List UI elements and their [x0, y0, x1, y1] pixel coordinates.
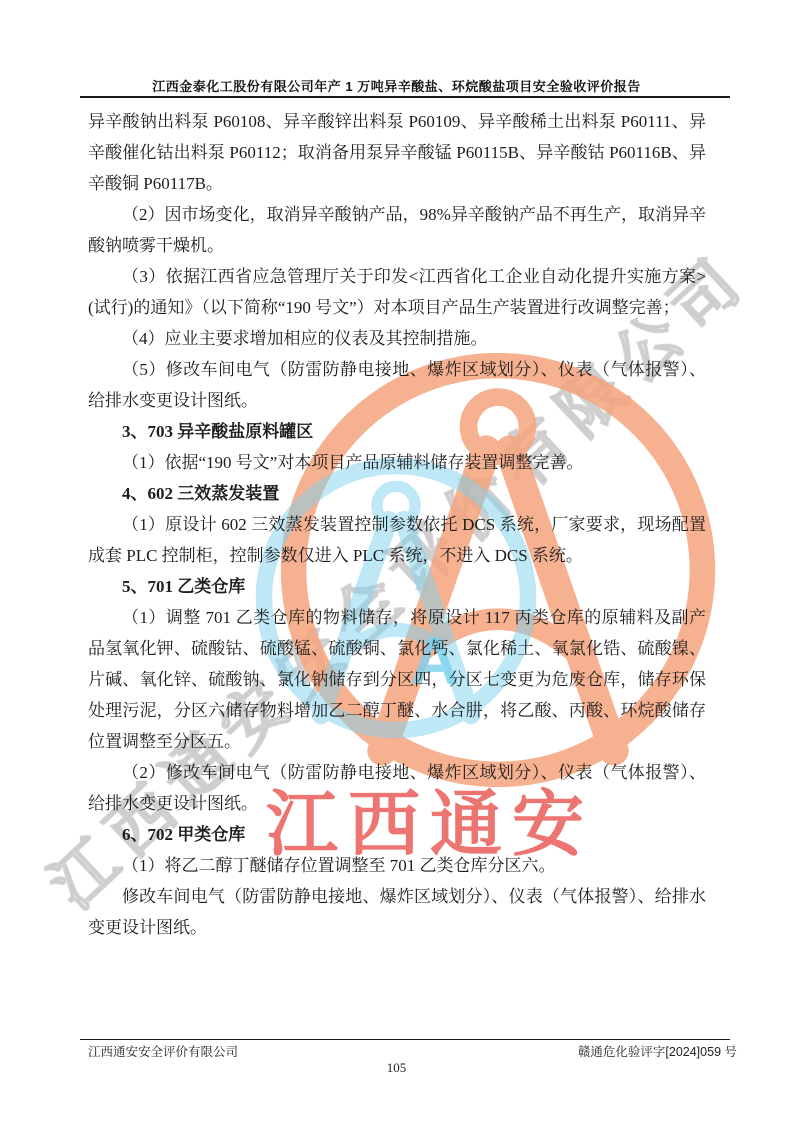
footer-rule — [80, 1039, 730, 1040]
footer-doc-number: 赣通危化验评字[2024]059 号 — [578, 1042, 737, 1060]
paragraph: （1）调整 701 乙类仓库的物料储存，将原设计 117 丙类仓库的原辅料及副产… — [88, 602, 706, 757]
footer-company: 江西通安安全评价有限公司 — [88, 1042, 238, 1060]
header-rule — [80, 96, 730, 98]
paragraph: （1）依据“190 号文”对本项目产品原辅料储存装置调整完善。 — [88, 447, 706, 478]
report-page: 江西通安安全评价有限公司 A 江西通安 江西金泰化工股份有限公司年产 1 万吨异… — [0, 0, 793, 1122]
section-heading: 5、701 乙类仓库 — [88, 571, 706, 602]
paragraph: （4）应业主要求增加相应的仪表及其控制措施。 — [88, 323, 706, 354]
page-header-title: 江西金泰化工股份有限公司年产 1 万吨异辛酸盐、环烷酸盐项目安全验收评价报告 — [0, 76, 793, 95]
paragraph: （3）依据江西省应急管理厅关于印发<江西省化工企业自动化提升实施方案>(试行)的… — [88, 261, 706, 323]
paragraph: 修改车间电气（防雷防静电接地、爆炸区域划分）、仪表（气体报警）、给排水变更设计图… — [88, 881, 706, 943]
page-number: 105 — [0, 1060, 793, 1076]
paragraph: （2）修改车间电气（防雷防静电接地、爆炸区域划分）、仪表（气体报警）、给排水变更… — [88, 757, 706, 819]
paragraph: 异辛酸钠出料泵 P60108、异辛酸锌出料泵 P60109、异辛酸稀土出料泵 P… — [88, 106, 706, 199]
section-heading: 4、602 三效蒸发装置 — [88, 478, 706, 509]
paragraph: （5）修改车间电气（防雷防静电接地、爆炸区域划分）、仪表（气体报警）、给排水变更… — [88, 354, 706, 416]
section-heading: 6、702 甲类仓库 — [88, 819, 706, 850]
paragraph: （1）将乙二醇丁醚储存位置调整至 701 乙类仓库分区六。 — [88, 850, 706, 881]
document-body: 异辛酸钠出料泵 P60108、异辛酸锌出料泵 P60109、异辛酸稀土出料泵 P… — [88, 106, 706, 943]
section-heading: 3、703 异辛酸盐原料罐区 — [88, 416, 706, 447]
paragraph: （1）原设计 602 三效蒸发装置控制参数依托 DCS 系统，厂家要求，现场配置… — [88, 509, 706, 571]
paragraph: （2）因市场变化，取消异辛酸钠产品，98%异辛酸钠产品不再生产，取消异辛酸钠喷雾… — [88, 199, 706, 261]
